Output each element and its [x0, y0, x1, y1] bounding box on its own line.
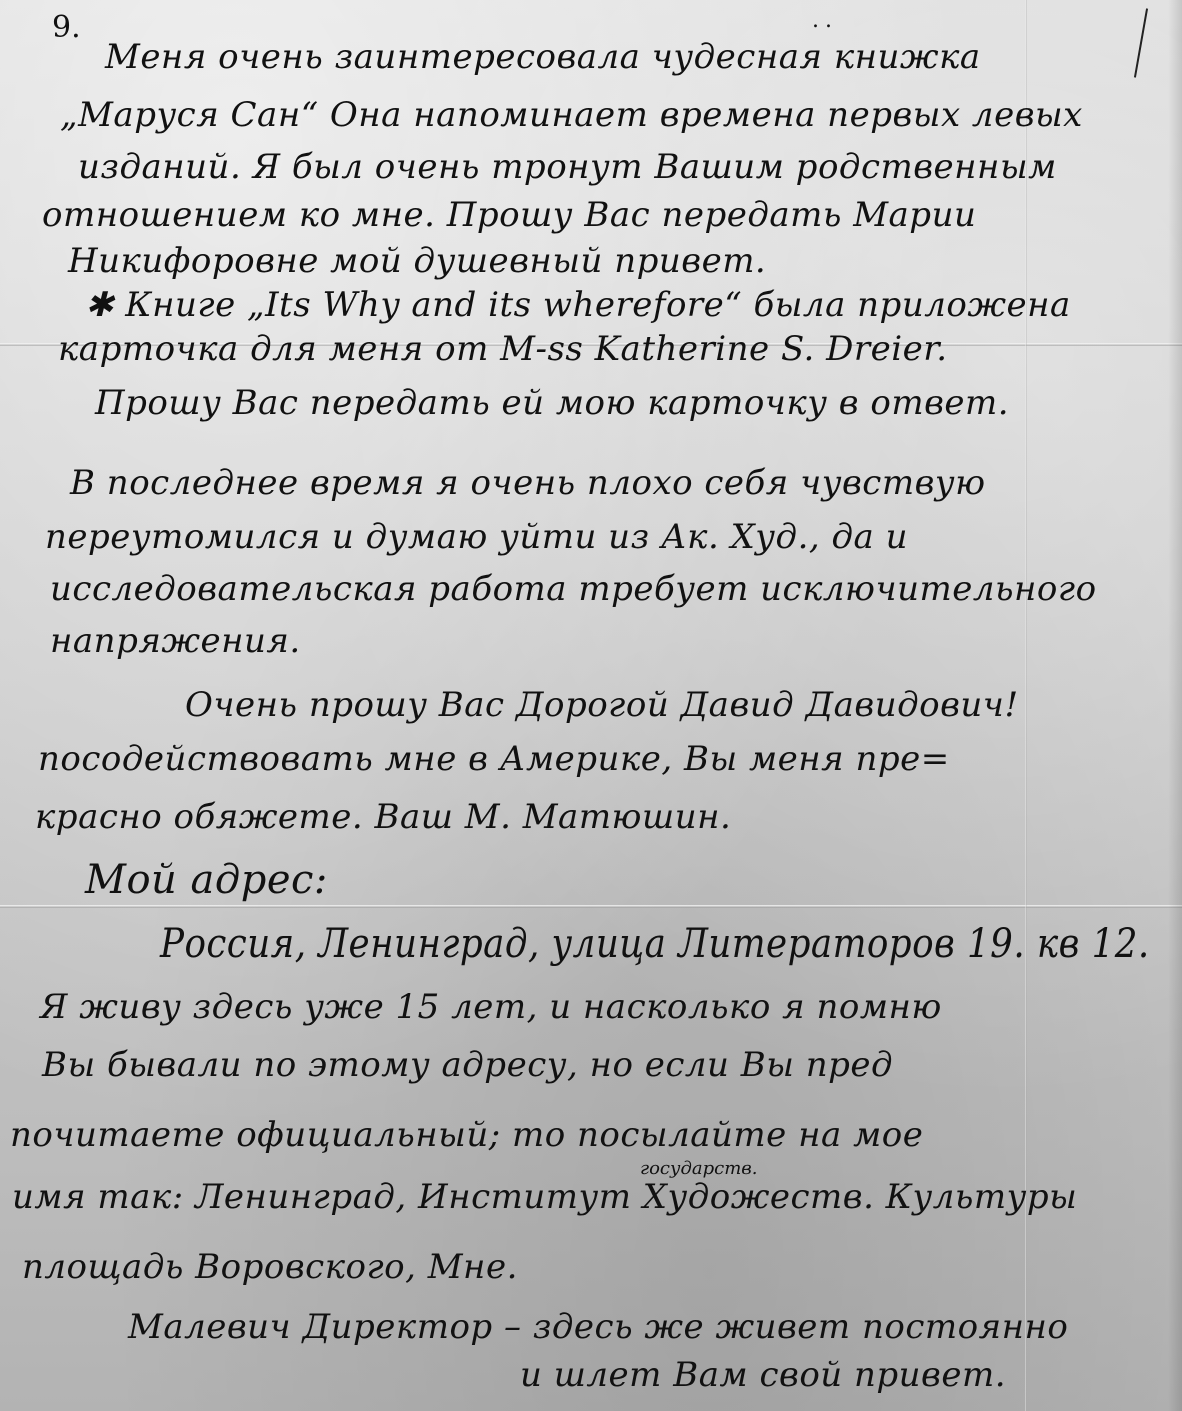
letter-line: „Маруся Сан“ Она напоминает времена перв… — [60, 98, 1083, 132]
letter-line: Меня очень заинтересовала чудесная книжк… — [105, 40, 981, 74]
letter-line: Никифоровне мой душевный привет. — [68, 244, 766, 278]
letter-line: посодействовать мне в Америке, Вы меня п… — [38, 742, 950, 776]
letter-line: Очень прошу Вас Дорогой Давид Давидович! — [185, 688, 1019, 722]
address-line: Россия, Ленинград, улица Литераторов 19.… — [160, 924, 1150, 964]
letter-line: Малевич Директор – здесь же живет постоя… — [128, 1310, 1068, 1344]
page-number: 9. — [52, 10, 81, 45]
letter-line: почитаете официальный; то посылайте на м… — [10, 1118, 923, 1152]
letter-line: переутомился и думаю уйти из Ак. Худ., д… — [45, 520, 908, 554]
margin-stroke — [1134, 8, 1148, 77]
letter-page: 9. .. Меня очень заинтересовала чудесная… — [0, 0, 1182, 1411]
letter-line: и шлет Вам свой привет. — [520, 1358, 1006, 1392]
letter-line: Прошу Вас передать ей мою карточку в отв… — [95, 386, 1009, 420]
stray-marks: .. — [812, 8, 838, 33]
letter-line: Вы бывали по этому адресу, но если Вы пр… — [42, 1048, 893, 1082]
inserted-note: государств. — [640, 1158, 757, 1179]
letter-line: ✱ Книге „Its Why and its wherefore“ была… — [85, 288, 1071, 322]
page-edge — [1168, 0, 1182, 1411]
letter-line: напряжения. — [50, 624, 301, 658]
fold-crease — [0, 905, 1182, 908]
letter-line: карточка для меня от M-ss Katherine S. D… — [58, 332, 948, 366]
letter-line: исследовательская работа требует исключи… — [50, 572, 1097, 606]
letter-signature-line: красно обяжете. Ваш М. Матюшин. — [35, 800, 731, 834]
letter-line: отношением ко мне. Прошу Вас передать Ма… — [42, 198, 976, 232]
letter-line: имя так: Ленинград, Институт Художеств. … — [12, 1180, 1077, 1214]
letter-line: изданий. Я был очень тронут Вашим родств… — [78, 150, 1057, 184]
letter-line: Я живу здесь уже 15 лет, и насколько я п… — [40, 990, 942, 1024]
letter-line: площадь Воровского, Мне. — [22, 1250, 518, 1284]
address-heading: Мой адрес: — [85, 860, 328, 900]
letter-line: В последнее время я очень плохо себя чув… — [70, 466, 986, 500]
